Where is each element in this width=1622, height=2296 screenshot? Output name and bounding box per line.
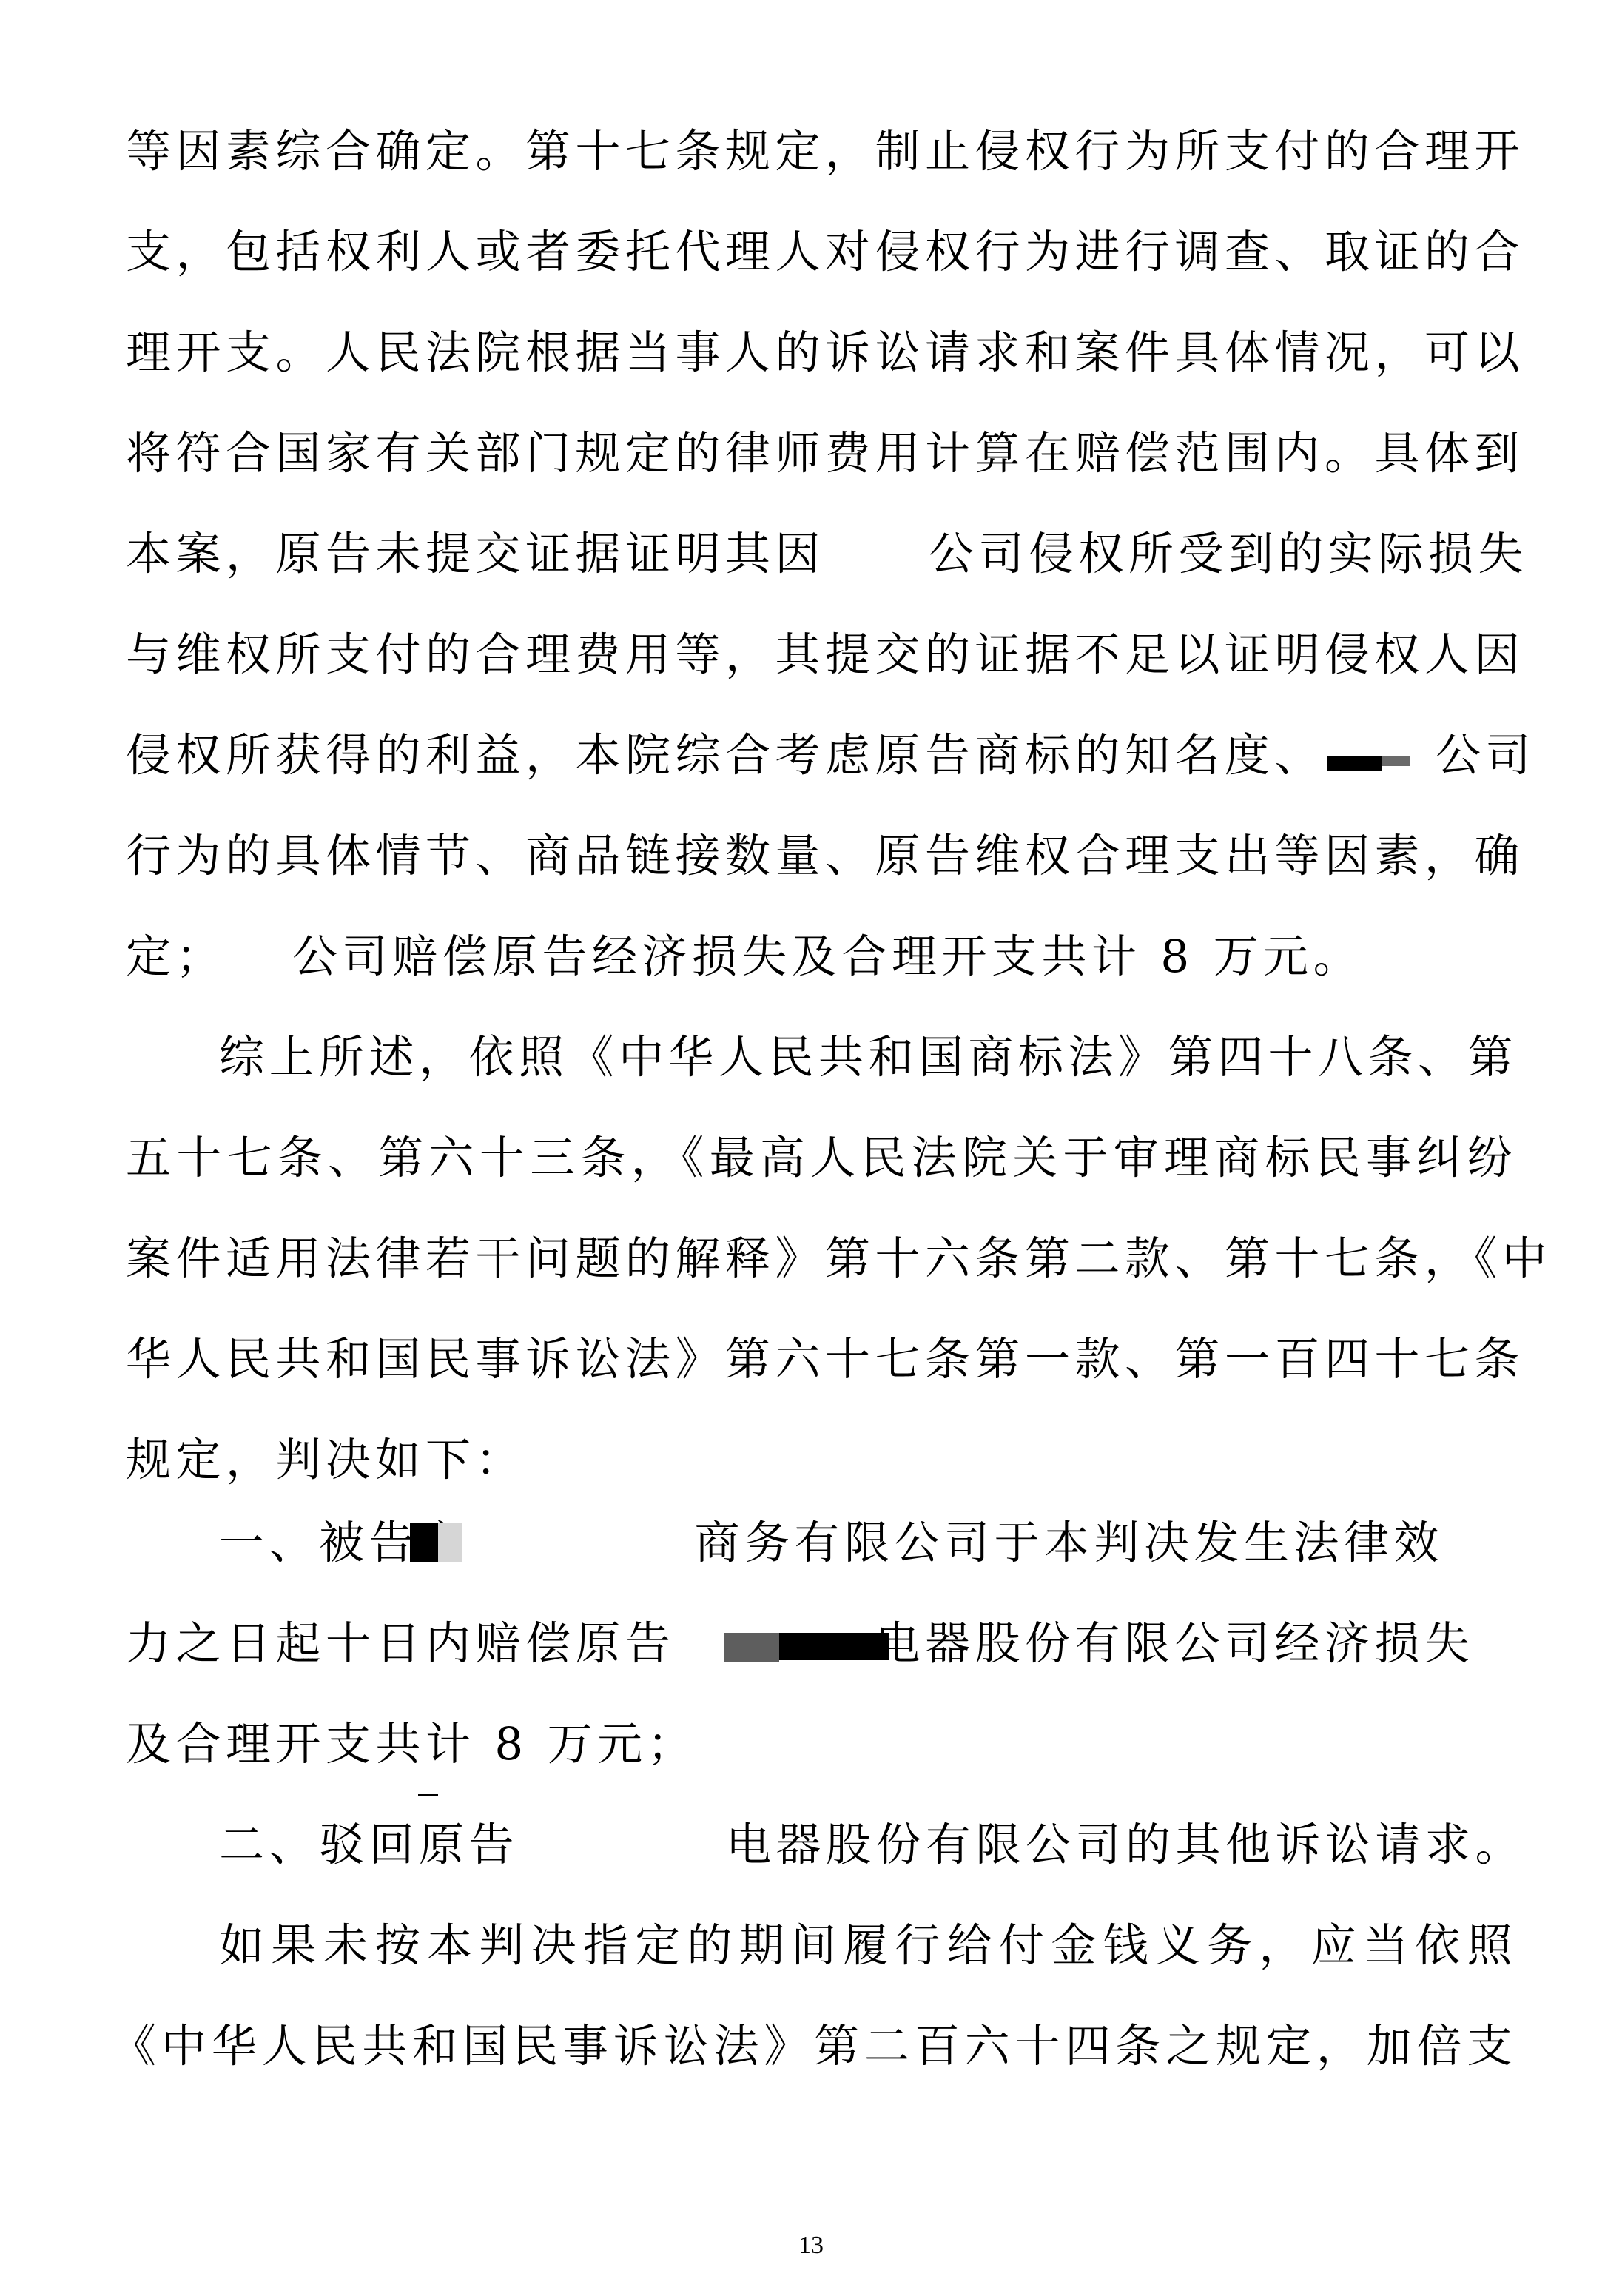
text-line: 规定，判决如下： [126, 1431, 1517, 1490]
redaction-block [779, 1633, 889, 1660]
judgment-item-1-end: 及合理开支共计 8 万元； [126, 1715, 1517, 1774]
text-fragment: 商务有限公司于本判决发生法律效 [695, 1517, 1444, 1569]
redaction-block [1327, 756, 1382, 771]
text-line-5: 本案，原告未提交证据证明其因公司侵权所受到的实际损失 [126, 525, 1517, 584]
text-line: 华人民共和国民事诉讼法》第六十七条第一款、第一百四十七条 [126, 1330, 1517, 1389]
text-line-4: 将符合国家有关部门规定的律师费用计算在赔偿范围内。具体到 [126, 424, 1517, 483]
text-line-1: 等因素综合确定。第十七条规定，制止侵权行为所支付的合理开 [126, 122, 1517, 181]
text-fragment: 力之日起十日内赔偿原告 [126, 1617, 676, 1670]
text-fragment: 公司 [1436, 729, 1535, 782]
text-fragment: 本案，原告未提交证据证明其因 [126, 528, 825, 580]
redaction-block [1382, 756, 1410, 766]
text-fragment: 二、驳回原告 [219, 1819, 519, 1871]
text-fragment: 侵权所获得的利益，本院综合考虑原告商标的知名度、 [126, 729, 1325, 782]
redaction-mark [418, 1794, 438, 1796]
text-line-6: 与维权所支付的合理费用等，其提交的证据不足以证明侵权人因 [126, 625, 1517, 685]
paragraph-penalty-line-1: 如果未按本判决指定的期间履行给付金钱义务，应当依照 [219, 1916, 1517, 1976]
text-fragment: 电器股份有限公司的其他诉讼请求。 [726, 1819, 1525, 1871]
paragraph-penalty-line-2: 《中华人民共和国民事诉讼法》第二百六十四条之规定，加倍支 [111, 2017, 1517, 2076]
paragraph-conclusion-line-1: 综上所述，依照《中华人民共和国商标法》第四十八条、第 [219, 1028, 1517, 1087]
page-number: 13 [0, 2232, 1622, 2260]
text-fragment: 公司赔偿原告经济损失及合理开支共计 8 万元。 [292, 930, 1363, 983]
redaction-block [410, 1523, 438, 1562]
text-line-8: 行为的具体情节、商品链接数量、原告维权合理支出等因素，确 [126, 827, 1517, 886]
text-line: 五十七条、第六十三条，《最高人民法院关于审理商标民事纠纷 [126, 1129, 1517, 1188]
judgment-item-2: 二、驳回原告电器股份有限公司的其他诉讼请求。 [219, 1816, 1517, 1875]
text-fragment: 电器股份有限公司经济损失 [875, 1617, 1475, 1670]
text-line-7: 侵权所获得的利益，本院综合考虑原告商标的知名度、公司 [126, 726, 1517, 785]
text-line-2: 支，包括权利人或者委托代理人对侵权行为进行调查、取证的合 [126, 223, 1517, 282]
text-line-9: 定；公司赔偿原告经济损失及合理开支共计 8 万元。 [126, 927, 1517, 987]
text-line: 案件适用法律若干问题的解释》第十六条第二款、第十七条，《中 [126, 1229, 1517, 1289]
text-fragment: 定； [126, 930, 226, 983]
text-line-3: 理开支。人民法院根据当事人的诉讼请求和案件具体情况，可以 [126, 323, 1517, 383]
redaction-block [438, 1523, 462, 1562]
text-fragment: 公司侵权所受到的实际损失 [929, 528, 1528, 580]
redaction-block [724, 1633, 779, 1662]
